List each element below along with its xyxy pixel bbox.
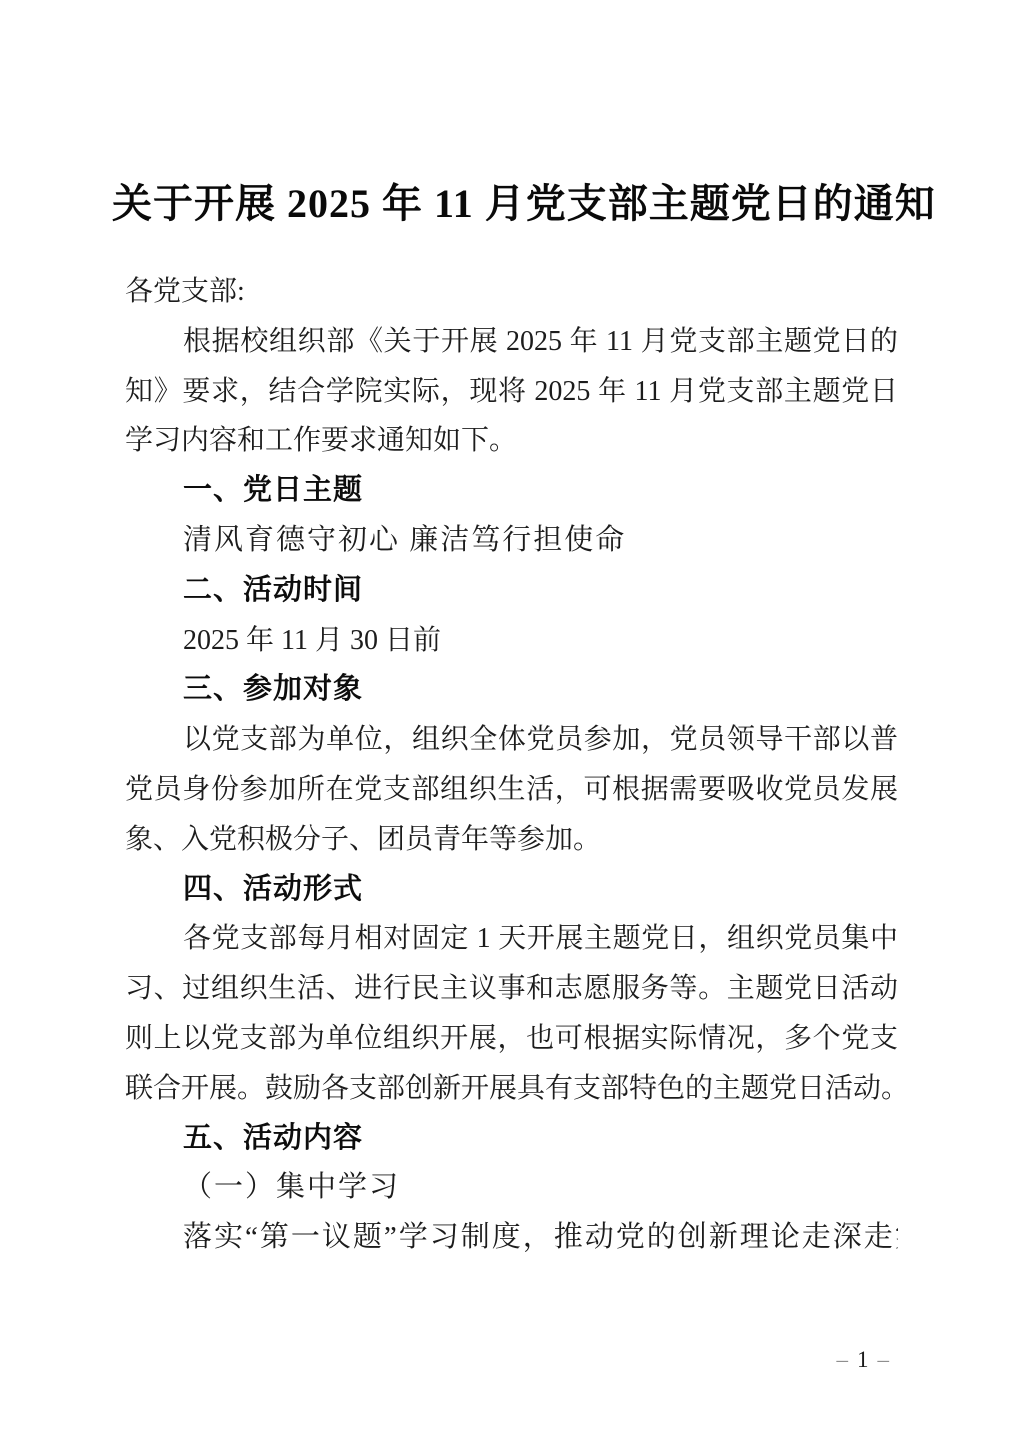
section-heading-2: 二、活动时间 — [125, 566, 898, 616]
para-study-line-1: 落实“第一议题”学习制度，推动党的创新理论走深走实。 — [125, 1213, 898, 1263]
subsection-heading-5-1: （一）集中学习 — [125, 1163, 898, 1213]
salutation: 各党支部: — [125, 267, 898, 317]
para-participants-line-2: 党员身份参加所在党支部组织生活，可根据需要吸收党员发展对 — [125, 765, 898, 815]
para-intro-line-2: 知》要求，结合学院实际，现将 2025 年 11 月党支部主题党日的 — [125, 367, 898, 417]
footer-left-dash: – — [828, 1347, 858, 1372]
page-number: 1 — [857, 1347, 869, 1372]
document-title: 关于开展 2025 年 11 月党支部主题党日的通知 — [112, 176, 912, 232]
section-heading-3: 三、参加对象 — [125, 665, 898, 715]
section-heading-1: 一、党日主题 — [125, 466, 898, 516]
document-page: 关于开展 2025 年 11 月党支部主题党日的通知 各党支部:根据校组织部《关… — [0, 0, 1024, 1448]
para-participants-line-1: 以党支部为单位，组织全体党员参加，党员领导干部以普通 — [125, 715, 898, 765]
page-footer: –1– — [0, 1345, 898, 1375]
section-heading-5: 五、活动内容 — [125, 1114, 898, 1164]
theme-line: 清风育德守初心 廉洁笃行担使命 — [125, 516, 898, 566]
para-participants-line-3: 象、入党积极分子、团员青年等参加。 — [125, 815, 898, 865]
document-body: 各党支部:根据校组织部《关于开展 2025 年 11 月党支部主题党日的通知》要… — [125, 267, 898, 1263]
para-format-line-4: 联合开展。鼓励各支部创新开展具有支部特色的主题党日活动。 — [125, 1064, 898, 1114]
para-intro-line-3: 学习内容和工作要求通知如下。 — [125, 416, 898, 466]
para-format-line-2: 习、过组织生活、进行民主议事和志愿服务等。主题党日活动原 — [125, 964, 898, 1014]
para-intro-line-1: 根据校组织部《关于开展 2025 年 11 月党支部主题党日的通 — [125, 317, 898, 367]
section-heading-4: 四、活动形式 — [125, 865, 898, 915]
footer-right-dash: – — [869, 1347, 899, 1372]
para-format-line-3: 则上以党支部为单位组织开展，也可根据实际情况，多个党支部 — [125, 1014, 898, 1064]
para-format-line-1: 各党支部每月相对固定 1 天开展主题党日，组织党员集中学 — [125, 914, 898, 964]
date-line: 2025 年 11 月 30 日前 — [125, 616, 898, 666]
